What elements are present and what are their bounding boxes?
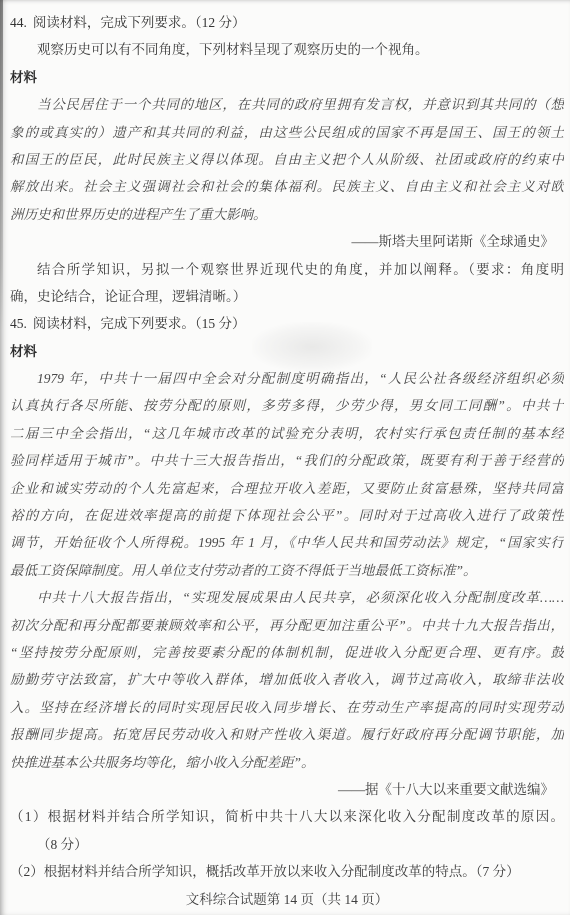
q45-material-line: 认真执行各尽所能、按劳分配的原则，多劳多得，少劳少得，男女同工同酬”。中共十 (10, 392, 564, 419)
q44-material-line: 解放出来。社会主义强调社会和社会的集体福利。民族主义、自由主义和社会主义对欧 (10, 173, 564, 200)
q44-material-line: 和国王的臣民，此时民族主义得以体现。自由主义把个人从阶级、社团或政府的约束中 (10, 146, 564, 173)
q45-material-line: 1979 年，中共十一届四中全会对分配制度明确指出，“人民公社各级经济组织必须 (10, 365, 564, 392)
question-44-heading: 44.阅读材料，完成下列要求。（12 分） (10, 9, 564, 36)
q45-material-line: 调节，开始征收个人所得税。1995 年 1 月，《中华人民共和国劳动法》规定，“… (10, 529, 564, 556)
q45-material-line: 验同样适用于城市”。中共十三大报告指出，“我们的分配政策，既要有利于善于经营的 (10, 447, 564, 474)
q44-task-line: 确，史论结合，论证合理，逻辑清晰。） (10, 283, 564, 310)
q44-material-line: 象的或真实的）遗产和其共同的利益，由这些公民组成的国家不再是国王、国王的领土 (10, 119, 564, 146)
q45-material-line: 中共十八大报告指出，“实现发展成果由人民共享，必须深化收入分配制度改革…… (10, 584, 564, 611)
q45-material-line: 二届三中全会指出，“这几年城市改革的试验充分表明，农村实行承包责任制的基本经 (10, 420, 564, 447)
q44-material-line: 洲历史和世界历史的进程产生了重大影响。 (10, 201, 564, 228)
q45-material-line: 初次分配和再分配都要兼顾效率和公平，再分配更加注重公平”。中共十九大报告指出， (10, 612, 564, 639)
q45-material-line: “坚持按劳分配原则，完善按要素分配的体制机制，促进收入分配更合理、更有序。鼓 (10, 639, 564, 666)
page-footer: 文科综合试题第 14 页（共 14 页） (10, 886, 564, 913)
q45-material-line: 企业和诚实劳动的个人先富起来，合理拉开收入差距，又要防止贫富悬殊，坚持共同富 (10, 475, 564, 502)
q45-subquestion-1-points: （8 分） (10, 831, 564, 858)
q45-material-line: 最低工资保障制度。用人单位支付劳动者的工资不得低于当地最低工资标准”。 (10, 557, 564, 584)
q45-material-line: 励勤劳守法致富，扩大中等收入群体，增加低收入者收入，调节过高收入，取缔非法收 (10, 666, 564, 693)
question-44-material-label: 材料 (10, 64, 564, 91)
q45-material-line: 快推进基本公共服务均等化，缩小收入分配差距”。 (10, 749, 564, 776)
question-44-number: 44. (10, 15, 27, 30)
question-44-intro: 观察历史可以有不同角度，下列材料呈现了观察历史的一个视角。 (10, 36, 564, 63)
q45-subquestion-1: （1）根据材料并结合所学知识，简析中共十八大以来深化收入分配制度改革的原因。 (10, 803, 564, 830)
q45-subquestion-2: （2）根据材料并结合所学知识，概括改革开放以来收入分配制度改革的特点。（7 分） (10, 858, 564, 885)
q44-source-citation: ——斯塔夫里阿诺斯《全球通史》 (10, 228, 564, 255)
page-content: 44.阅读材料，完成下列要求。（12 分） 观察历史可以有不同角度，下列材料呈现… (0, 0, 570, 913)
q45-source-citation: ——据《十八大以来重要文献选编》 (10, 776, 564, 803)
question-45-number: 45. (10, 316, 27, 331)
q45-material-line: 报酬同步提高。拓宽居民劳动收入和财产性收入渠道。履行好政府再分配调节职能，加 (10, 721, 564, 748)
exam-page: 44.阅读材料，完成下列要求。（12 分） 观察历史可以有不同角度，下列材料呈现… (0, 0, 570, 915)
question-45-title: 阅读材料，完成下列要求。（15 分） (33, 316, 246, 331)
question-44-title: 阅读材料，完成下列要求。（12 分） (33, 15, 246, 30)
q45-material-line: 入。坚持在经济增长的同时实现居民收入同步增长、在劳动生产率提高的同时实现劳动 (10, 694, 564, 721)
q44-material-line: 当公民居住于一个共同的地区，在共同的政府里拥有发言权，并意识到其共同的（想 (10, 91, 564, 118)
q44-task-line: 结合所学知识，另拟一个观察世界近现代史的角度，并加以阐释。（要求：角度明 (10, 256, 564, 283)
q45-material-line: 裕的方向，在促进效率提高的前提下体现社会公平”。同时对于过高收入进行了政策性 (10, 502, 564, 529)
question-45-heading: 45.阅读材料，完成下列要求。（15 分） (10, 310, 564, 337)
question-45-material-label: 材料 (10, 338, 564, 365)
